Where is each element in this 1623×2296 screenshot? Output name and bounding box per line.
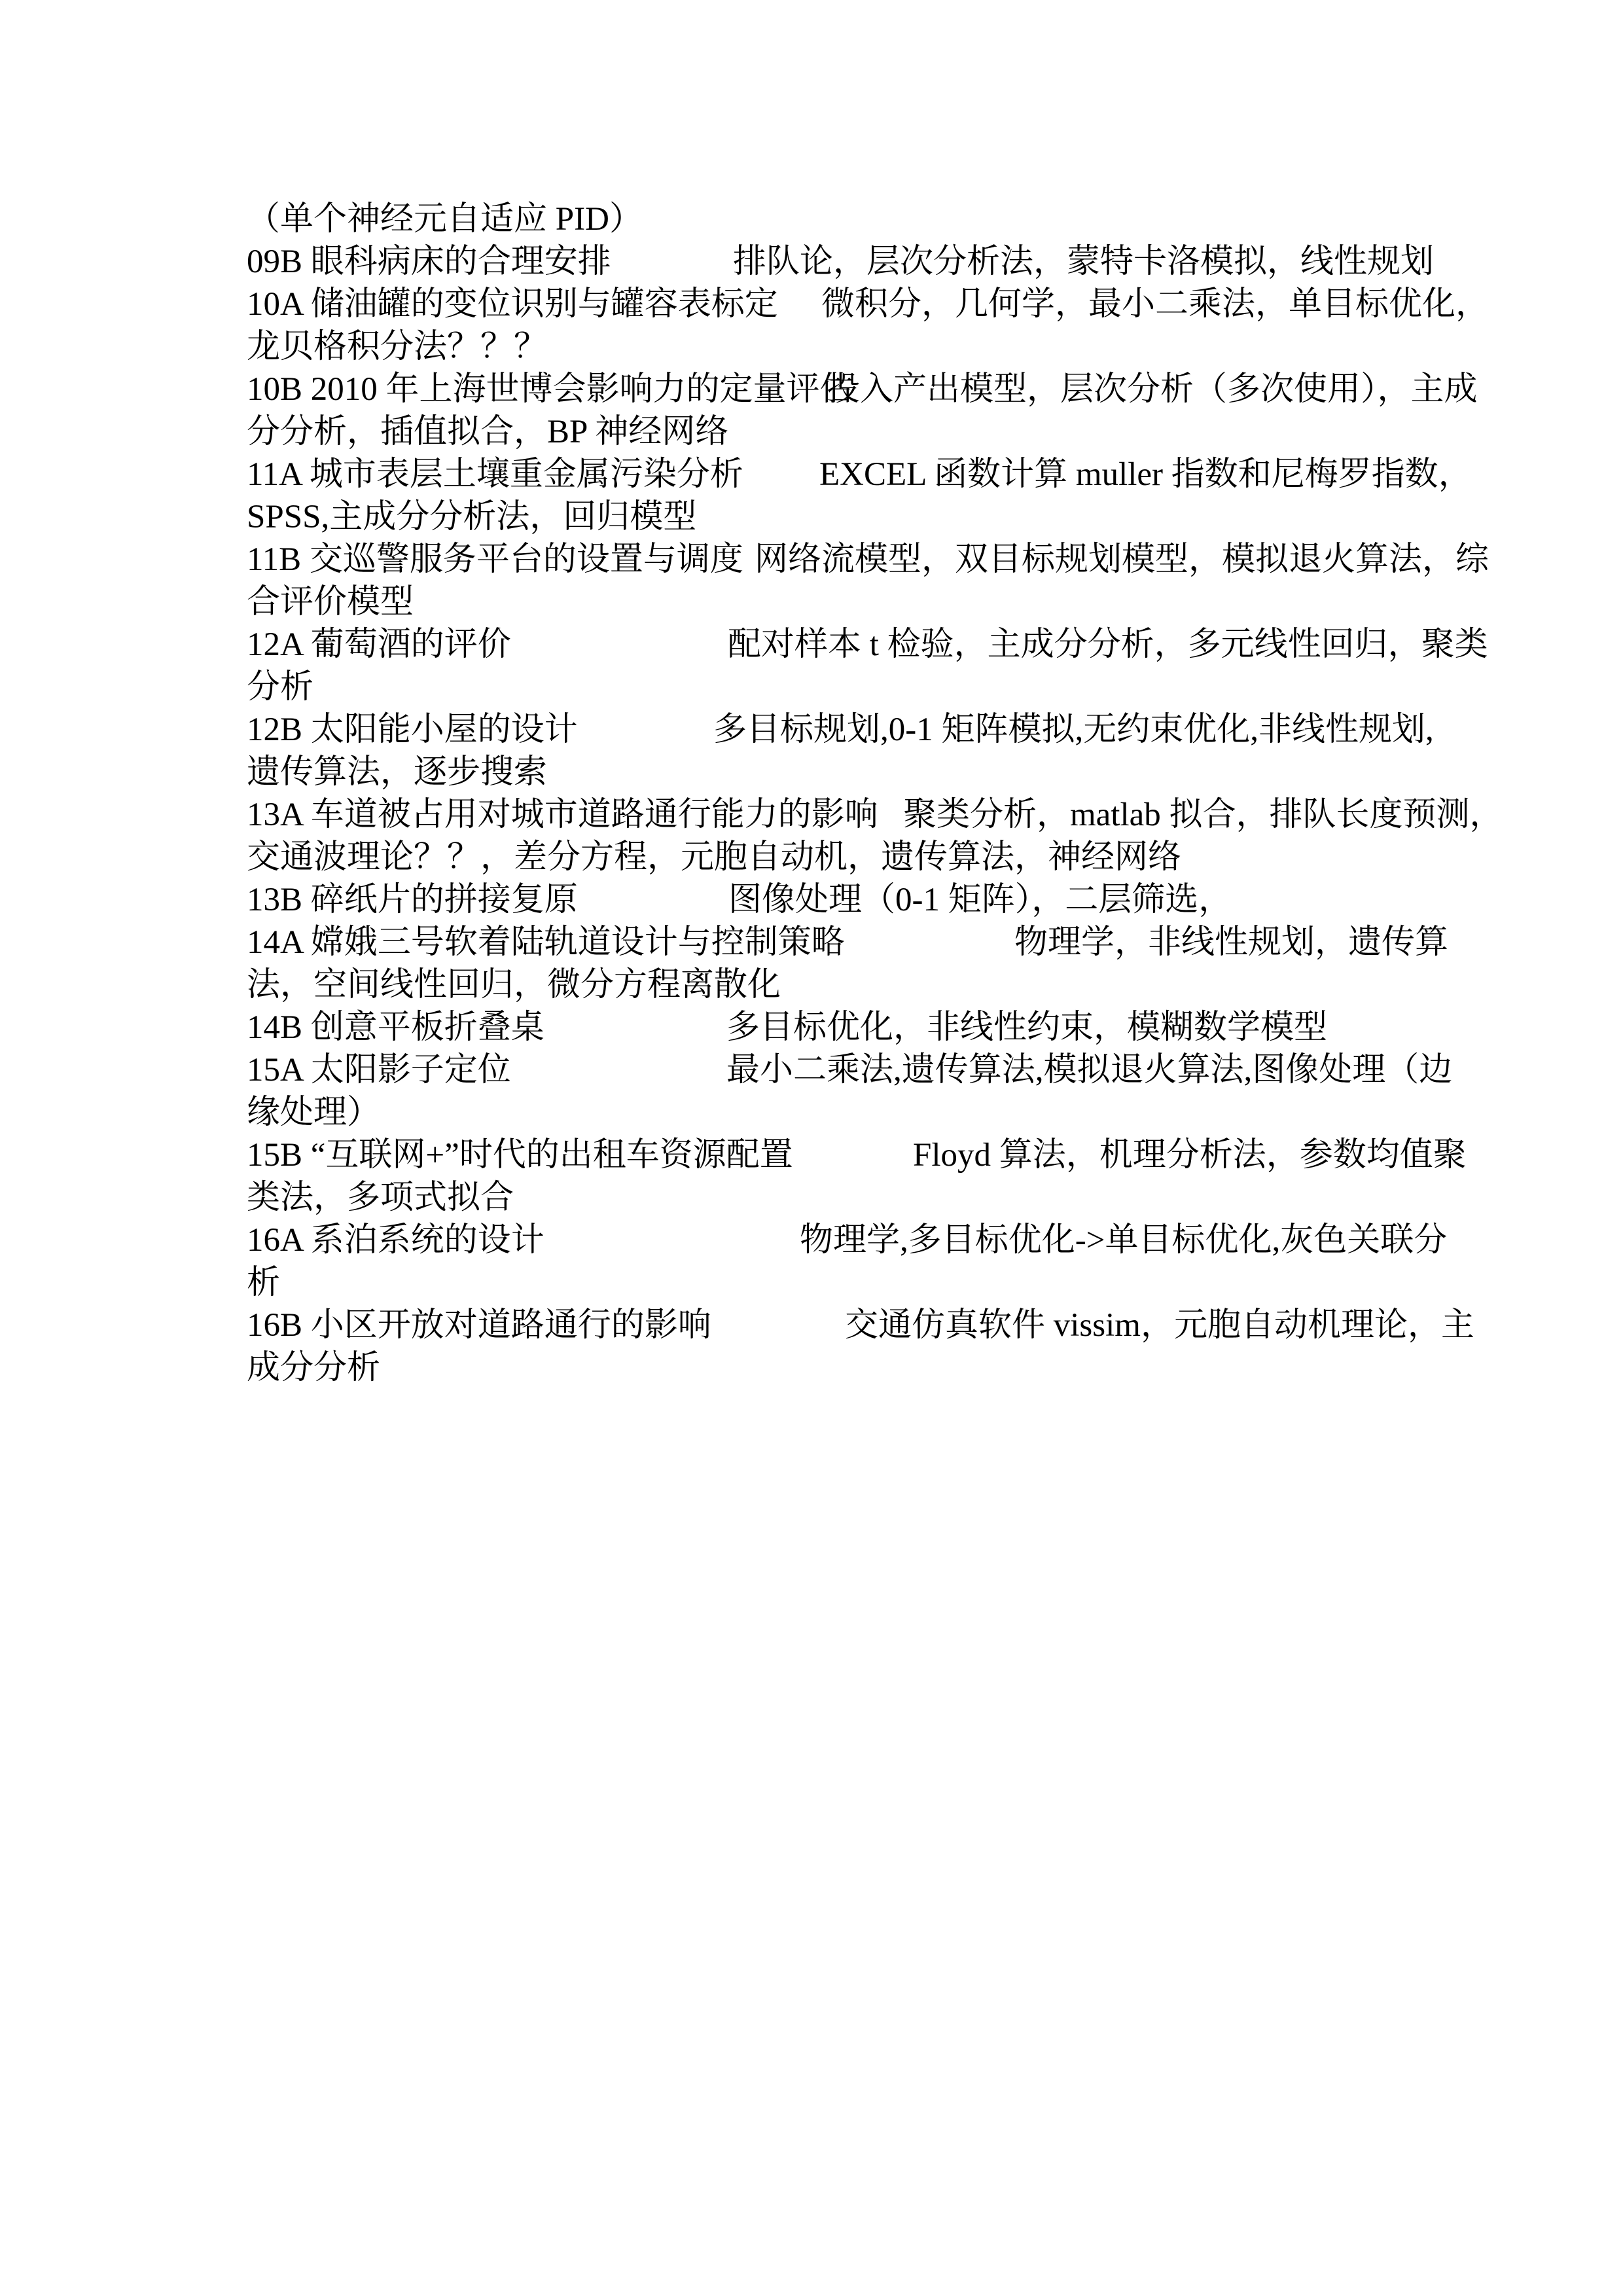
entry-11a-title: 11A 城市表层土壤重金属污染分析: [247, 454, 743, 496]
entry-12a-line1: 12A 葡萄酒的评价 配对样本 t 检验，主成分分析，多元线性回归，聚类: [247, 624, 1389, 666]
entry-11b-title: 11B 交巡警服务平台的设置与调度: [247, 539, 743, 581]
intro-line: （单个神经元自适应 PID）: [247, 198, 1389, 241]
entry-10b-title: 10B 2010 年上海世博会影响力的定量评估: [247, 368, 853, 411]
entry-16a-methods: 物理学,多目标优化->单目标优化,灰色关联分: [800, 1219, 1447, 1262]
entry-13a-line2: 交通波理论？？，差分方程，元胞自动机，遗传算法，神经网络: [247, 836, 1389, 879]
entry-14a-line2: 法，空间线性回归，微分方程离散化: [247, 964, 1389, 1007]
entry-15a-methods: 最小二乘法,遗传算法,模拟退火算法,图像处理（边: [726, 1049, 1452, 1092]
entry-12b-methods: 多目标规划,0-1 矩阵模拟,无约束优化,非线性规划,: [713, 709, 1434, 751]
entry-12b-line1: 12B 太阳能小屋的设计 多目标规划,0-1 矩阵模拟,无约束优化,非线性规划,: [247, 709, 1389, 751]
entry-15b-methods: Floyd 算法，机理分析法，参数均值聚: [913, 1134, 1467, 1177]
entry-15b-title: 15B “互联网+”时代的出租车资源配置: [247, 1134, 793, 1177]
entry-13b-title: 13B 碎纸片的拼接复原: [247, 879, 578, 922]
entry-13a-methods: 聚类分析，matlab 拟合，排队长度预测，: [903, 794, 1503, 836]
entry-14b-line1: 14B 创意平板折叠桌 多目标优化，非线性约束，模糊数学模型: [247, 1007, 1389, 1049]
entry-10a-line1: 10A 储油罐的变位识别与罐容表标定 微积分，几何学，最小二乘法，单目标优化，: [247, 283, 1389, 326]
entry-12b-title: 12B 太阳能小屋的设计: [247, 709, 578, 751]
entry-14b-methods: 多目标优化，非线性约束，模糊数学模型: [726, 1007, 1327, 1049]
entry-16b-methods-cont: 成分分析: [247, 1347, 380, 1390]
entry-15a-line1: 15A 太阳影子定位 最小二乘法,遗传算法,模拟退火算法,图像处理（边: [247, 1049, 1389, 1092]
entry-15a-title: 15A 太阳影子定位: [247, 1049, 511, 1092]
entry-11b-methods-cont: 合评价模型: [247, 581, 414, 624]
entry-10a-title: 10A 储油罐的变位识别与罐容表标定: [247, 283, 778, 326]
document-text-block: （单个神经元自适应 PID） 09B 眼科病床的合理安排 排队论，层次分析法，蒙…: [247, 198, 1389, 1390]
entry-13a-title: 13A 车道被占用对城市道路通行能力的影响: [247, 794, 878, 836]
entry-15b-line2: 类法，多项式拟合: [247, 1177, 1389, 1219]
entry-11b-methods: 网络流模型，双目标规划模型，模拟退火算法，综: [755, 539, 1489, 581]
entry-16b-methods: 交通仿真软件 vissim，元胞自动机理论，主: [845, 1304, 1474, 1347]
entry-11a-methods: EXCEL 函数计算 muller 指数和尼梅罗指数，: [819, 454, 1472, 496]
entry-11a-methods-cont: SPSS,主成分分析法，回归模型: [247, 496, 696, 539]
entry-12a-title: 12A 葡萄酒的评价: [247, 624, 511, 666]
entry-10b-line1: 10B 2010 年上海世博会影响力的定量评估 投入产出模型，层次分析（多次使用…: [247, 368, 1389, 411]
entry-12a-methods-cont: 分析: [247, 666, 313, 709]
entry-12b-methods-cont: 遗传算法，逐步搜索: [247, 751, 547, 794]
entry-16a-line1: 16A 系泊系统的设计 物理学,多目标优化->单目标优化,灰色关联分: [247, 1219, 1389, 1262]
entry-12a-methods: 配对样本 t 检验，主成分分析，多元线性回归，聚类: [728, 624, 1488, 666]
entry-14b-title: 14B 创意平板折叠桌: [247, 1007, 544, 1049]
entry-16b-title: 16B 小区开放对道路通行的影响: [247, 1304, 711, 1347]
entry-14a-title: 14A 嫦娥三号软着陆轨道设计与控制策略: [247, 922, 845, 964]
entry-14a-line1: 14A 嫦娥三号软着陆轨道设计与控制策略 物理学，非线性规划，遗传算: [247, 922, 1389, 964]
entry-10a-methods: 微积分，几何学，最小二乘法，单目标优化，: [821, 283, 1489, 326]
entry-13a-line1: 13A 车道被占用对城市道路通行能力的影响 聚类分析，matlab 拟合，排队长…: [247, 794, 1389, 836]
entry-10a-methods-cont: 龙贝格积分法？？？: [247, 326, 547, 368]
entry-11b-line2: 合评价模型: [247, 581, 1389, 624]
intro-line-text: （单个神经元自适应 PID）: [247, 198, 643, 241]
entry-15b-methods-cont: 类法，多项式拟合: [247, 1177, 514, 1219]
entry-12a-line2: 分析: [247, 666, 1389, 709]
entry-14a-methods-cont: 法，空间线性回归，微分方程离散化: [247, 964, 781, 1007]
document-page: （单个神经元自适应 PID） 09B 眼科病床的合理安排 排队论，层次分析法，蒙…: [0, 0, 1623, 2296]
entry-15a-methods-cont: 缘处理）: [247, 1092, 380, 1134]
entry-14a-methods: 物理学，非线性规划，遗传算: [1014, 922, 1448, 964]
entry-16a-line2: 析: [247, 1262, 1389, 1304]
entry-10b-methods-cont: 分分析，插值拟合，BP 神经网络: [247, 411, 728, 454]
entry-13a-methods-cont: 交通波理论？？，差分方程，元胞自动机，遗传算法，神经网络: [247, 836, 1181, 879]
entry-16b-line1: 16B 小区开放对道路通行的影响 交通仿真软件 vissim，元胞自动机理论，主: [247, 1304, 1389, 1347]
entry-16a-methods-cont: 析: [247, 1262, 280, 1304]
entry-11a-line2: SPSS,主成分分析法，回归模型: [247, 496, 1389, 539]
entry-09b-title: 09B 眼科病床的合理安排: [247, 241, 611, 283]
entry-16b-line2: 成分分析: [247, 1347, 1389, 1390]
entry-09b-methods: 排队论，层次分析法，蒙特卡洛模拟，线性规划: [733, 241, 1434, 283]
entry-10b-line2: 分分析，插值拟合，BP 神经网络: [247, 411, 1389, 454]
entry-12b-line2: 遗传算法，逐步搜索: [247, 751, 1389, 794]
entry-16a-title: 16A 系泊系统的设计: [247, 1219, 544, 1262]
entry-13b-methods: 图像处理（0-1 矩阵），二层筛选，: [728, 879, 1232, 922]
entry-11a-line1: 11A 城市表层土壤重金属污染分析 EXCEL 函数计算 muller 指数和尼…: [247, 454, 1389, 496]
entry-10a-line2: 龙贝格积分法？？？: [247, 326, 1389, 368]
entry-09b-line1: 09B 眼科病床的合理安排 排队论，层次分析法，蒙特卡洛模拟，线性规划: [247, 241, 1389, 283]
entry-11b-line1: 11B 交巡警服务平台的设置与调度 网络流模型，双目标规划模型，模拟退火算法，综: [247, 539, 1389, 581]
entry-15b-line1: 15B “互联网+”时代的出租车资源配置 Floyd 算法，机理分析法，参数均值…: [247, 1134, 1389, 1177]
entry-15a-line2: 缘处理）: [247, 1092, 1389, 1134]
entry-10b-methods: 投入产出模型，层次分析（多次使用），主成: [827, 368, 1478, 411]
entry-13b-line1: 13B 碎纸片的拼接复原 图像处理（0-1 矩阵），二层筛选，: [247, 879, 1389, 922]
